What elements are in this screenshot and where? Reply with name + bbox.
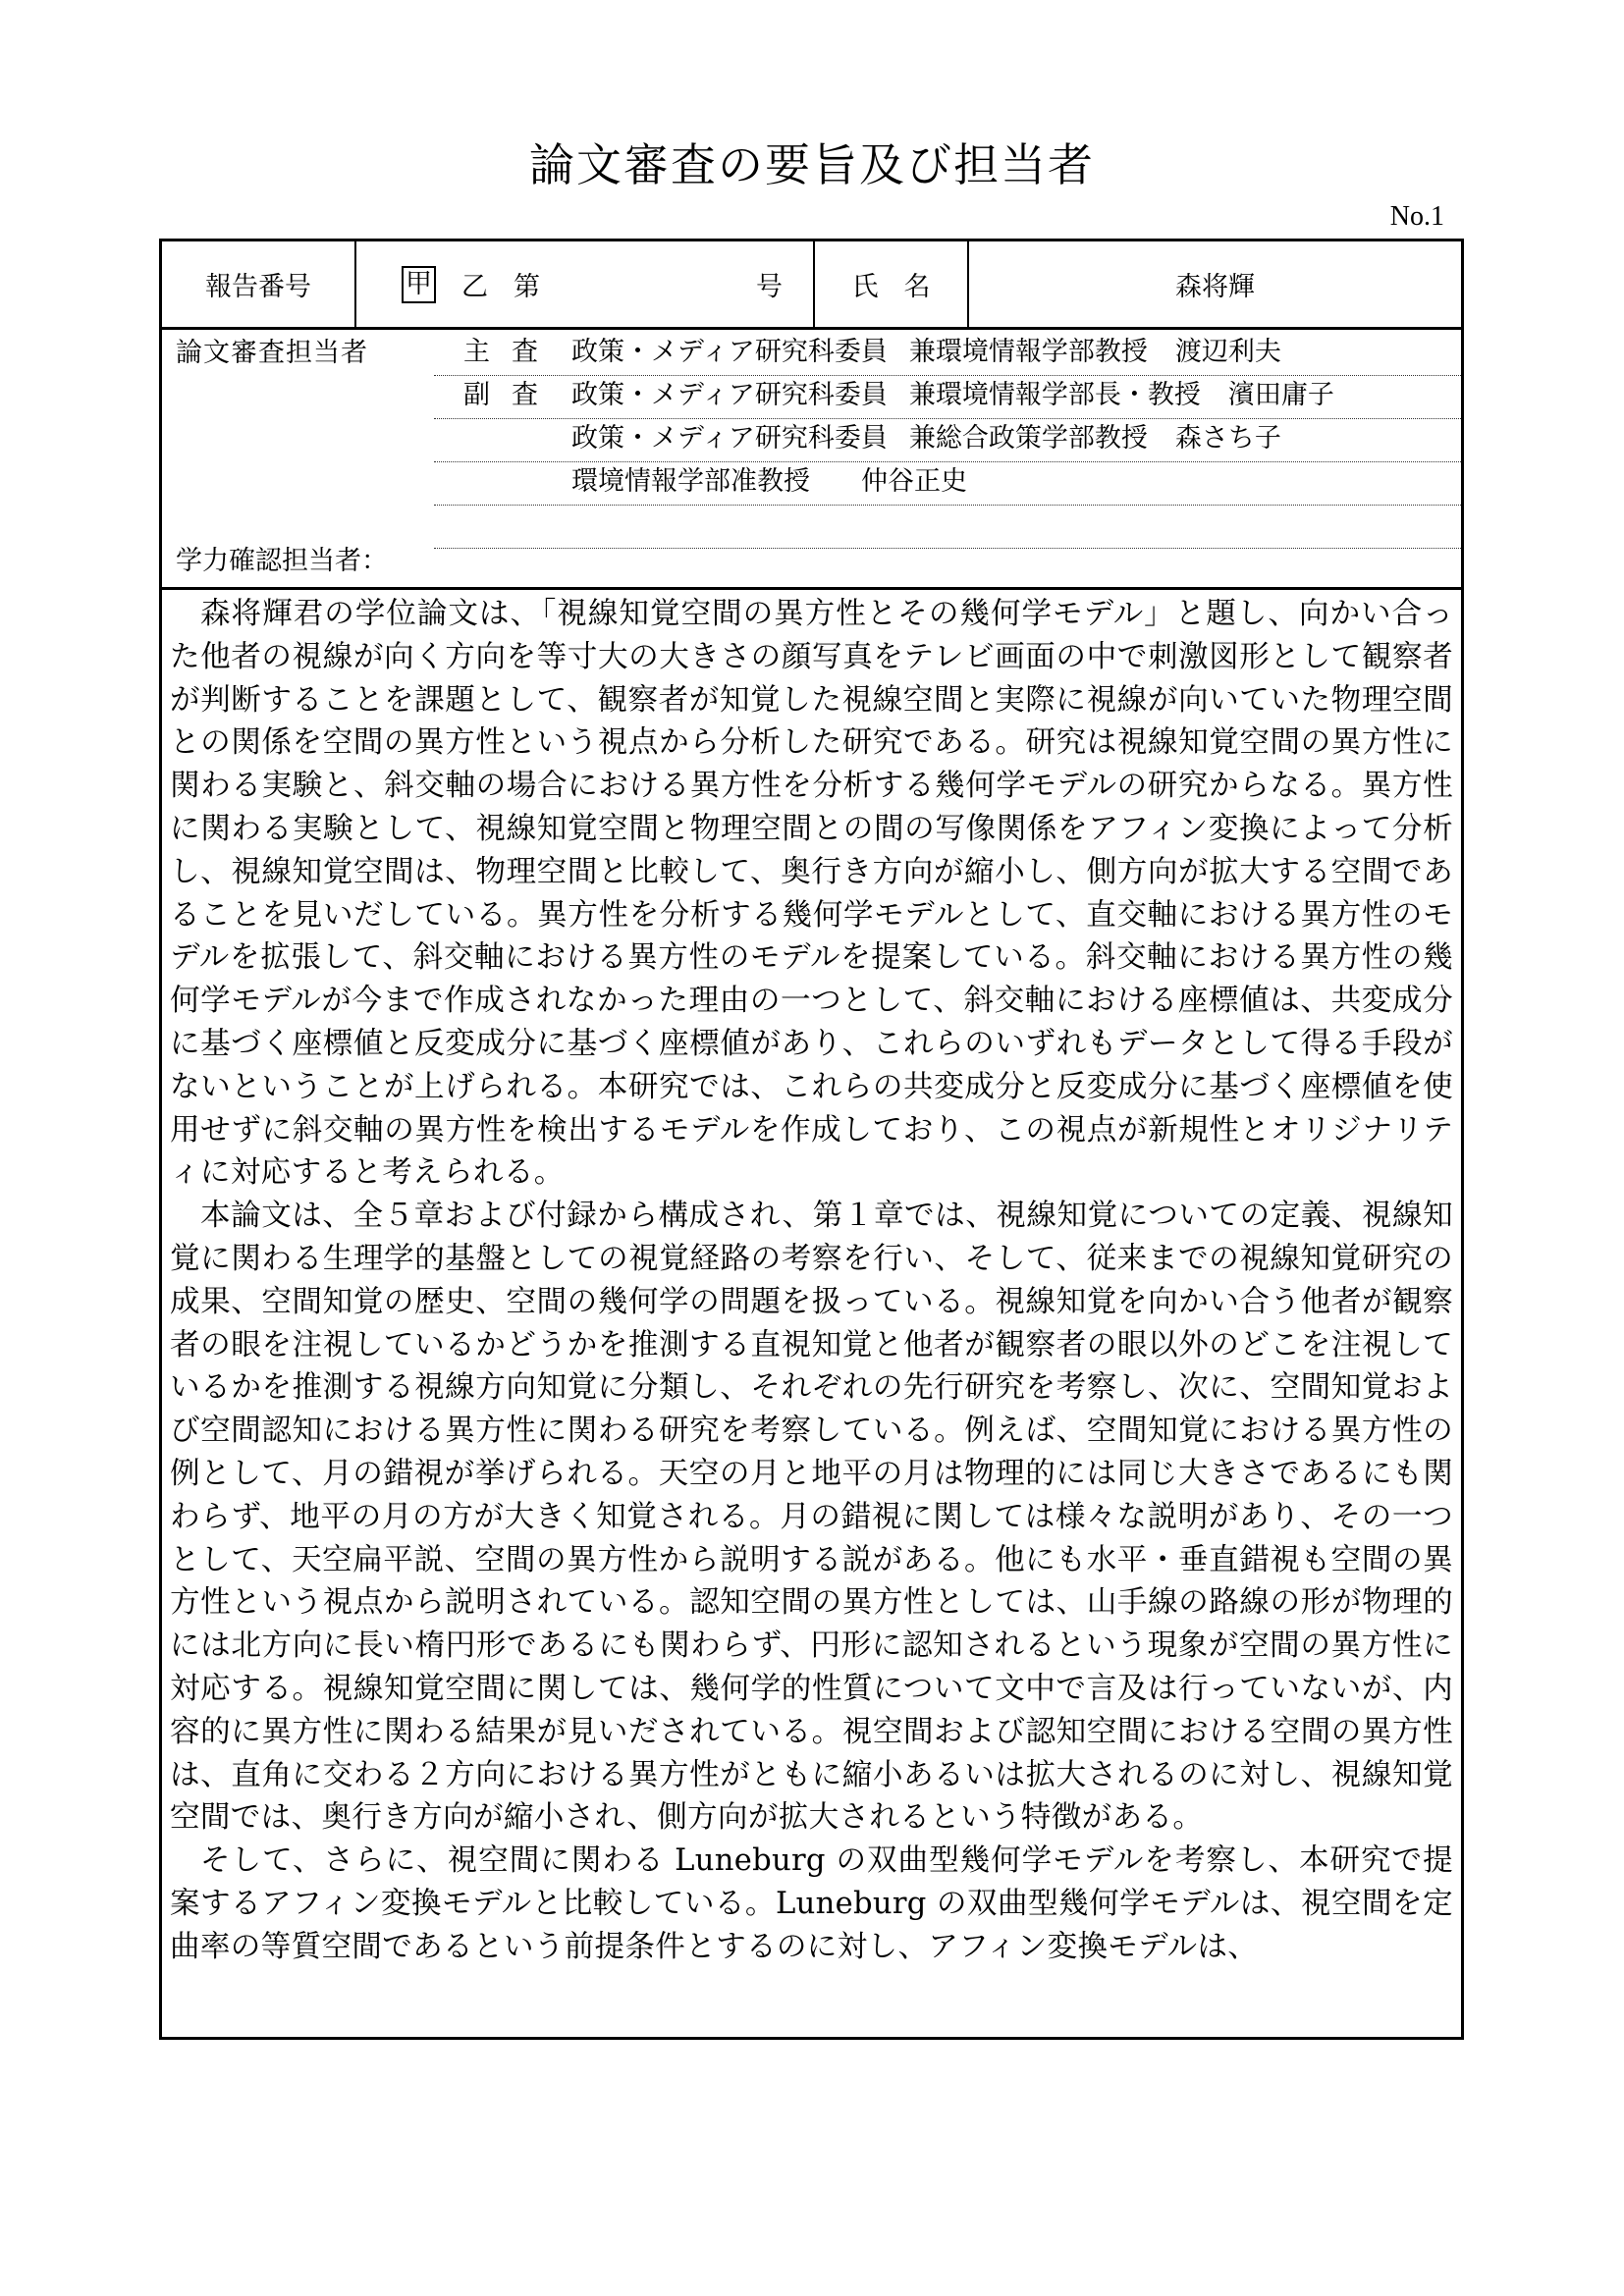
name-label: 氏名 — [815, 241, 969, 327]
member-affiliation: 環境情報学部准教授 — [571, 461, 810, 503]
go-suffix: 号 — [756, 265, 783, 303]
name-value: 森将輝 — [969, 241, 1461, 327]
otsu-option: 乙 — [461, 265, 488, 303]
committee-member-row: 環境情報学部准教授仲谷正史 — [434, 461, 1461, 506]
member-name: 仲谷正史 — [861, 461, 967, 503]
dai-prefix: 第 — [514, 265, 540, 303]
committee-label: 論文審査担当者 — [176, 334, 368, 373]
member-name: 森さち子 — [1175, 418, 1281, 459]
committee-member-row-empty — [434, 505, 1461, 549]
member-position: 兼環境情報学部長・教授 — [909, 375, 1201, 416]
kou-selected-option: 甲 — [402, 266, 436, 303]
summary-paragraph: そして、さらに、視空間に関わる Luneburg の双曲型幾何学モデルを考察し、… — [170, 1840, 1453, 1968]
summary-body: 森将輝君の学位論文は、「視線知覚空間の異方性とその幾何学モデル」と題し、向かい合… — [170, 593, 1453, 1969]
review-form: 報告番号 甲 乙 第 号 氏名 森将輝 論文審査担当者 主査政策・メディア研究科… — [159, 239, 1464, 2040]
member-name: 濱田庸子 — [1228, 375, 1334, 416]
summary-paragraph: 本論文は、全５章および付録から構成され、第１章では、視線知覚についての定義、視線… — [170, 1195, 1453, 1840]
committee-section: 論文審査担当者 主査政策・メディア研究科委員兼環境情報学部教授渡辺利夫 副査政策… — [162, 330, 1461, 590]
summary-paragraph: 森将輝君の学位論文は、「視線知覚空間の異方性とその幾何学モデル」と題し、向かい合… — [170, 593, 1453, 1195]
document-title: 論文審査の要旨及び担当者 — [0, 135, 1624, 194]
report-number-field: 甲 乙 第 号 — [356, 241, 815, 327]
member-affiliation: 政策・メディア研究科委員 — [571, 418, 888, 459]
member-affiliation: 政策・メディア研究科委員 — [571, 375, 888, 416]
committee-member-row: 主査政策・メディア研究科委員兼環境情報学部教授渡辺利夫 — [434, 332, 1461, 376]
committee-member-row: 副査政策・メディア研究科委員兼環境情報学部長・教授濱田庸子 — [434, 375, 1461, 419]
academic-check-label: 学力確認担当者： — [176, 542, 388, 581]
page-number: No.1 — [1390, 201, 1444, 233]
member-affiliation: 政策・メディア研究科委員 — [571, 332, 888, 373]
committee-member-row: 政策・メディア研究科委員兼総合政策学部教授森さち子 — [434, 418, 1461, 462]
member-name: 渡辺利夫 — [1175, 332, 1281, 373]
header-row: 報告番号 甲 乙 第 号 氏名 森将輝 — [162, 241, 1461, 330]
member-position: 兼環境情報学部教授 — [909, 332, 1148, 373]
member-role: 主査 — [434, 332, 571, 373]
report-number-label: 報告番号 — [162, 241, 356, 327]
member-role: 副査 — [434, 375, 571, 416]
member-position: 兼総合政策学部教授 — [909, 418, 1148, 459]
